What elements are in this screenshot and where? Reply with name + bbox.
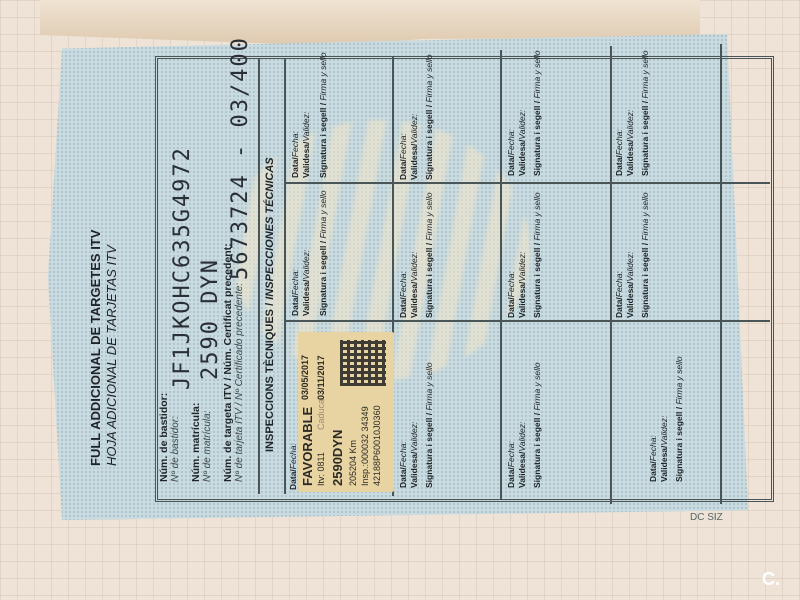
cell-label: Data/Fecha:Validesa/Validez: [648, 416, 670, 482]
sticker-station: Itv: 0811 [316, 452, 326, 486]
chassis-label: Núm. de bastidor: [158, 393, 170, 482]
cell-label: Data/Fecha:Validesa/Validez: [614, 252, 636, 318]
title-catalan: FULL ADDICIONAL DE TARGETES ITV [88, 230, 103, 466]
signature-label: Signatura i segell / Firma y sello [674, 356, 685, 482]
signature-label: Signatura i segell / Firma y sello [532, 50, 543, 176]
sticker-code2: 42188P60010J0360 [372, 405, 382, 486]
plate-value: 2590 DYN [198, 258, 223, 380]
section-title-ca: INSPECCIONS TÈCNIQUES [264, 309, 276, 452]
sticker-inspection-date: 03/05/2017 [300, 355, 310, 400]
cell-label: Data/Fecha:Validesa/Validez: [506, 252, 528, 318]
cell-label: Data/Fecha:Validesa/Validez: [506, 422, 528, 488]
cell-label: Data/Fecha:Validesa/Validez: [398, 422, 420, 488]
qr-code [340, 340, 386, 386]
sticker-expiry-label: Caduca [316, 399, 326, 430]
signature-label: Signatura i segell / Firma y sello [532, 362, 543, 488]
chassis-label-es: Nº de bastidor: [170, 416, 181, 482]
sticker-mileage: 205204 Km [348, 440, 358, 486]
sticker-code1: Insp.:000032 34349 [360, 406, 370, 486]
signature-label: Signatura i segell / Firma y sello [532, 192, 543, 318]
sticker-plate: 2590DYN [330, 430, 345, 486]
cell-label: Data/Fecha:Validesa/Validez: [614, 110, 636, 176]
signature-label: Signatura i segell / Firma y sello [640, 50, 651, 176]
title-spanish: HOJA ADICIONAL DE TARJETAS ITV [104, 245, 119, 466]
card-label-es: Nº de tarjeta ITV / Nº Certificado prece… [234, 283, 245, 482]
signature-label: Signatura i segell / Firma y sello [318, 52, 329, 178]
card-value: 5673724 - 03/400 [228, 36, 253, 280]
sticker-expiry-date: 03/11/2017 [316, 355, 326, 400]
corner-watermark: C. [762, 569, 780, 590]
chassis-value: JF1JKOHC635G4972 [170, 146, 195, 390]
signature-label: Signatura i segell / Firma y sello [424, 54, 435, 180]
sticker-result: FAVORABLE [300, 407, 315, 486]
section-title-es: INSPECCIONES TÉCNICAS [264, 157, 276, 299]
cell-label: Data/Fecha:Validesa/Validez: [290, 112, 312, 178]
cell-label: Data/Fecha:Validesa/Validez: [290, 250, 312, 316]
cell-label: Data/Fecha:Validesa/Validez: [398, 252, 420, 318]
signature-label: Signatura i segell / Firma y sello [318, 190, 329, 316]
signature-label: Signatura i segell / Firma y sello [424, 192, 435, 318]
edge-note: DC SIZ [690, 512, 723, 523]
cell-label: Data/Fecha:Validesa/Validez: [506, 110, 528, 176]
signature-label: Signatura i segell / Firma y sello [424, 362, 435, 488]
signature-label: Signatura i segell / Firma y sello [640, 192, 651, 318]
plate-label: Núm. matrícula: [190, 403, 202, 482]
section-title: INSPECCIONS TÈCNIQUES / INSPECCIONES TÉC… [264, 157, 276, 452]
cell-label: Data/Fecha:Validesa/Validez: [398, 114, 420, 180]
plate-label-es: Nº de matrícula: [202, 411, 213, 482]
